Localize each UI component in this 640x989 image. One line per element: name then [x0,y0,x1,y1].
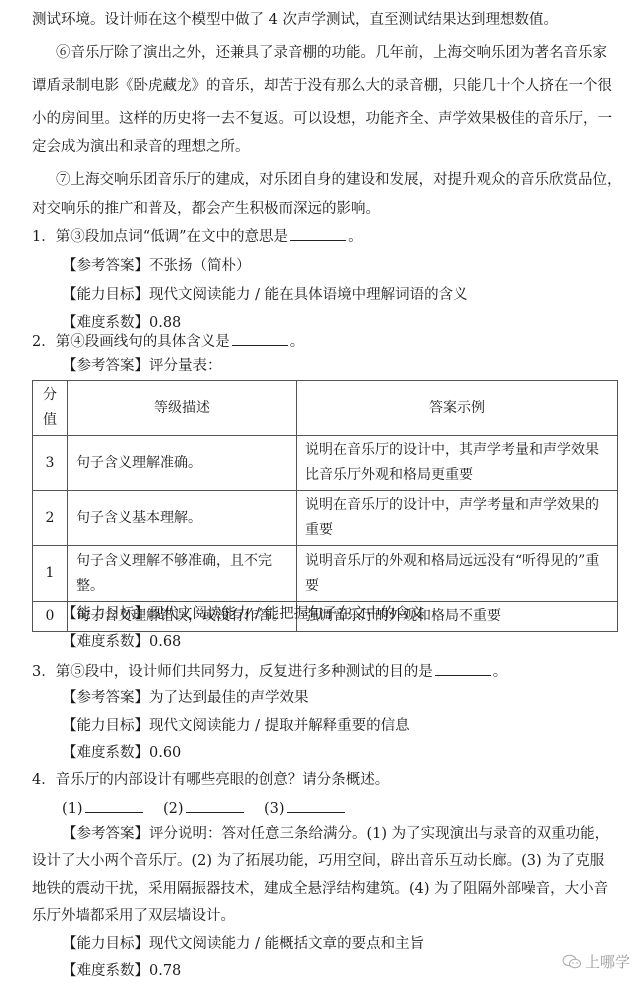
table-row: 3 句子含义理解准确。 说明在音乐厅的设计中，其声学考量和声学效果比音乐厅外观和… [33,436,618,491]
passage-line: 谭盾录制电影《卧虎藏龙》的音乐，却苦于没有那么大的录音棚，只能几十个人挤在一个很 [32,76,612,96]
question-1-answer: 【参考答案】不张扬（简朴） [62,256,251,276]
example-cell: 说明音乐厅的外观和格局远远没有“听得见的”重要 [297,546,618,602]
blank-label: (1) [62,801,83,817]
question-3-difficulty: 【难度系数】0.60 [62,743,181,763]
example-cell: 说明在音乐厅的设计中，其声学考量和声学效果比音乐厅外观和格局更重要 [297,436,618,491]
watermark-text: 上哪学 [585,951,630,972]
question-3-ability: 【能力目标】现代文阅读能力 / 提取并解释重要的信息 [62,716,410,736]
description-cell: 句子含义基本理解。 [68,491,297,546]
question-4-stem: 4．音乐厅的内部设计有哪些亮眼的创意？请分条概述。 [32,770,389,790]
score-cell: 1 [33,546,68,602]
answer-blank [186,798,244,813]
description-cell: 句子含义理解不够准确，且不完整。 [68,546,297,602]
question-end: 。 [290,334,305,350]
passage-line: 对交响乐的推广和普及，都会产生积极而深远的影响。 [32,199,380,219]
question-2-stem: 2．第④段画线句的具体含义是。 [32,331,304,352]
passage-line: ⑥音乐厅除了演出之外，还兼具了录音棚的功能。几年前，上海交响乐团为著名音乐家 [56,43,607,63]
question-text: 2．第④段画线句的具体含义是 [32,334,230,350]
question-2-ability: 【能力目标】现代文阅读能力 / 能把握句子在文中的含义 [62,604,424,624]
question-4-difficulty: 【难度系数】0.78 [62,961,181,981]
table-row: 2 句子含义基本理解。 说明在音乐厅的设计中，声学考量和声学效果的重要 [33,491,618,546]
score-cell: 3 [33,436,68,491]
question-3-stem: 3．第⑤段中，设计师们共同努力，反复进行多种测试的目的是。 [32,661,507,682]
question-end: 。 [348,229,363,245]
question-4-answer-line: 乐厅外墙都采用了双层墙设计。 [32,906,235,926]
table-header-row: 分值 等级描述 答案示例 [33,381,618,436]
question-end: 。 [493,664,508,680]
passage-line: 定会成为演出和录音的理想之所。 [32,137,250,157]
wechat-icon [562,954,582,970]
blank-label: (2) [163,801,184,817]
passage-line: 测试环境。设计师在这个模型中做了 4 次声学测试，直至测试结果达到理想数值。 [32,10,558,30]
answer-blank [85,798,143,813]
question-4-answer-line: 设计了大小两个音乐厅。(2) 为了拓展功能，巧用空间，辟出音乐互动长廊。(3) … [32,851,604,871]
question-4-answer-line: 地铁的震动干扰，采用隔振器技术，建成全悬浮结构建筑。(4) 为了阻隔外部噪音，大… [32,879,608,899]
scoring-rubric-table: 分值 等级描述 答案示例 3 句子含义理解准确。 说明在音乐厅的设计中，其声学考… [32,380,618,632]
question-1-stem: 1．第③段加点词“低调”在文中的意思是。 [32,226,363,247]
example-cell: 说明在音乐厅的设计中，声学考量和声学效果的重要 [297,491,618,546]
passage-line: ⑦上海交响乐团音乐厅的建成，对乐团自身的建设和发展，对提升观众的音乐欣赏品位， [56,170,622,190]
table-row: 1 句子含义理解不够准确，且不完整。 说明音乐厅的外观和格局远远没有“听得见的”… [33,546,618,602]
question-1-difficulty: 【难度系数】0.88 [62,313,181,333]
column-header: 答案示例 [297,381,618,436]
question-3-answer: 【参考答案】为了达到最佳的声学效果 [62,688,309,708]
answer-blank [435,661,491,676]
question-2-difficulty: 【难度系数】0.68 [62,632,181,652]
answer-blank [287,798,345,813]
column-header: 分值 [33,381,68,436]
question-4-blanks: (1) (2) (3) [62,798,347,819]
answer-blank [232,331,288,346]
question-4-answer-line: 【参考答案】评分说明：答对任意三条给满分。(1) 为了实现演出与录音的双重功能， [62,824,609,844]
score-cell: 2 [33,491,68,546]
answer-blank [290,226,346,241]
blank-label: (3) [264,801,285,817]
passage-line: 小的房间里。这样的历史将一去不复返。可以设想，功能齐全、声学效果极佳的音乐厅，一 [32,109,612,129]
question-2-answer: 【参考答案】评分量表： [62,356,222,376]
question-1-ability: 【能力目标】现代文阅读能力 / 能在具体语境中理解词语的含义 [62,285,468,305]
question-4-ability: 【能力目标】现代文阅读能力 / 能概括文章的要点和主旨 [62,934,424,954]
question-text: 1．第③段加点词“低调”在文中的意思是 [32,229,288,245]
question-text: 3．第⑤段中，设计师们共同努力，反复进行多种测试的目的是 [32,664,433,680]
watermark: 上哪学 [562,951,630,972]
column-header: 等级描述 [68,381,297,436]
description-cell: 句子含义理解准确。 [68,436,297,491]
